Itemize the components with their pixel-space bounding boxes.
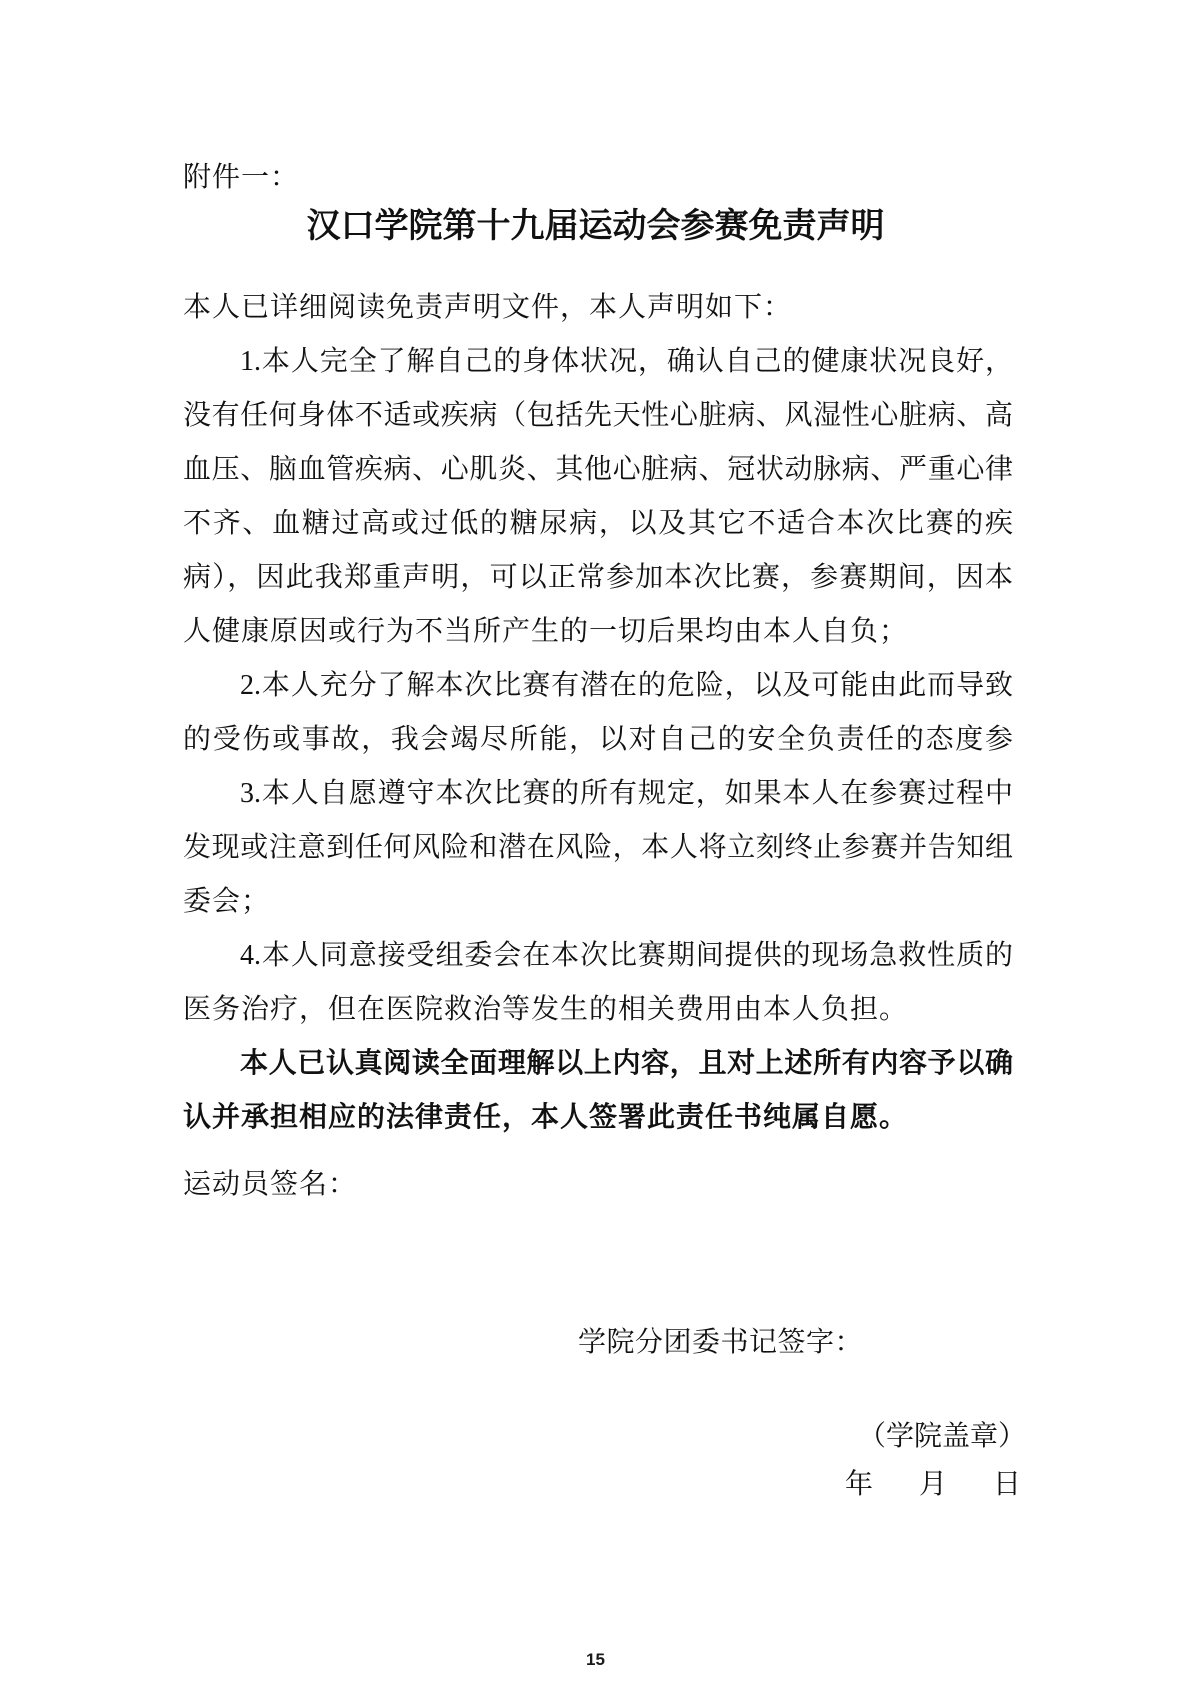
declaration-1-line: 人健康原因或行为不当所产生的一切后果均由本人自负； [183, 605, 1013, 659]
date-month-label: 月 [919, 1458, 947, 1512]
declaration-3-line: 3.本人自愿遵守本次比赛的所有规定，如果本人在参赛过程中 [183, 767, 1013, 821]
declaration-2-line: 2.本人充分了解本次比赛有潜在的危险，以及可能由此而导致 [183, 659, 1013, 713]
college-stamp-note: （学院盖章） [858, 1410, 1026, 1464]
declaration-1-line: 血压、脑血管疾病、心肌炎、其他心脏病、冠状动脉病、严重心律 [183, 443, 1013, 497]
page-title: 汉口学院第十九届运动会参赛免责声明 [0, 205, 1191, 249]
declaration-3-line: 委会； [183, 875, 1013, 929]
confirmation-line: 本人已认真阅读全面理解以上内容，且对上述所有内容予以确 [183, 1037, 1013, 1091]
attachment-label: 附件一： [183, 158, 299, 198]
declaration-4-line: 4.本人同意接受组委会在本次比赛期间提供的现场急救性质的 [183, 929, 1013, 983]
date-year-label: 年 [845, 1458, 873, 1512]
intro-line: 本人已详细阅读免责声明文件，本人声明如下： [183, 281, 1013, 335]
date-day-label: 日 [993, 1458, 1021, 1512]
declaration-1-line: 没有任何身体不适或疾病（包括先天性心脏病、风湿性心脏病、高 [183, 389, 1013, 443]
declaration-1-line: 病），因此我郑重声明，可以正常参加本次比赛，参赛期间，因本 [183, 551, 1013, 605]
athlete-signature-label: 运动员签名： [183, 1158, 357, 1212]
confirmation-line: 认并承担相应的法律责任，本人签署此责任书纯属自愿。 [183, 1091, 1013, 1145]
document-page: 附件一： 汉口学院第十九届运动会参赛免责声明 本人已详细阅读免责声明文件，本人声… [0, 0, 1191, 1684]
date-line: 年 月 日 [845, 1458, 1021, 1512]
declaration-3-line: 发现或注意到任何风险和潜在风险，本人将立刻终止参赛并告知组 [183, 821, 1013, 875]
declaration-2-line: 的受伤或事故，我会竭尽所能，以对自己的安全负责任的态度参赛； [183, 713, 1013, 767]
secretary-signature-label: 学院分团委书记签字： [578, 1316, 863, 1370]
page-number: 15 [0, 1650, 1191, 1670]
declaration-4-line: 医务治疗，但在医院救治等发生的相关费用由本人负担。 [183, 983, 1013, 1037]
declaration-1-line: 1.本人完全了解自己的身体状况，确认自己的健康状况良好， [183, 335, 1013, 389]
declaration-1-line: 不齐、血糖过高或过低的糖尿病，以及其它不适合本次比赛的疾 [183, 497, 1013, 551]
document-body: 本人已详细阅读免责声明文件，本人声明如下： 1.本人完全了解自己的身体状况，确认… [183, 281, 1013, 1145]
